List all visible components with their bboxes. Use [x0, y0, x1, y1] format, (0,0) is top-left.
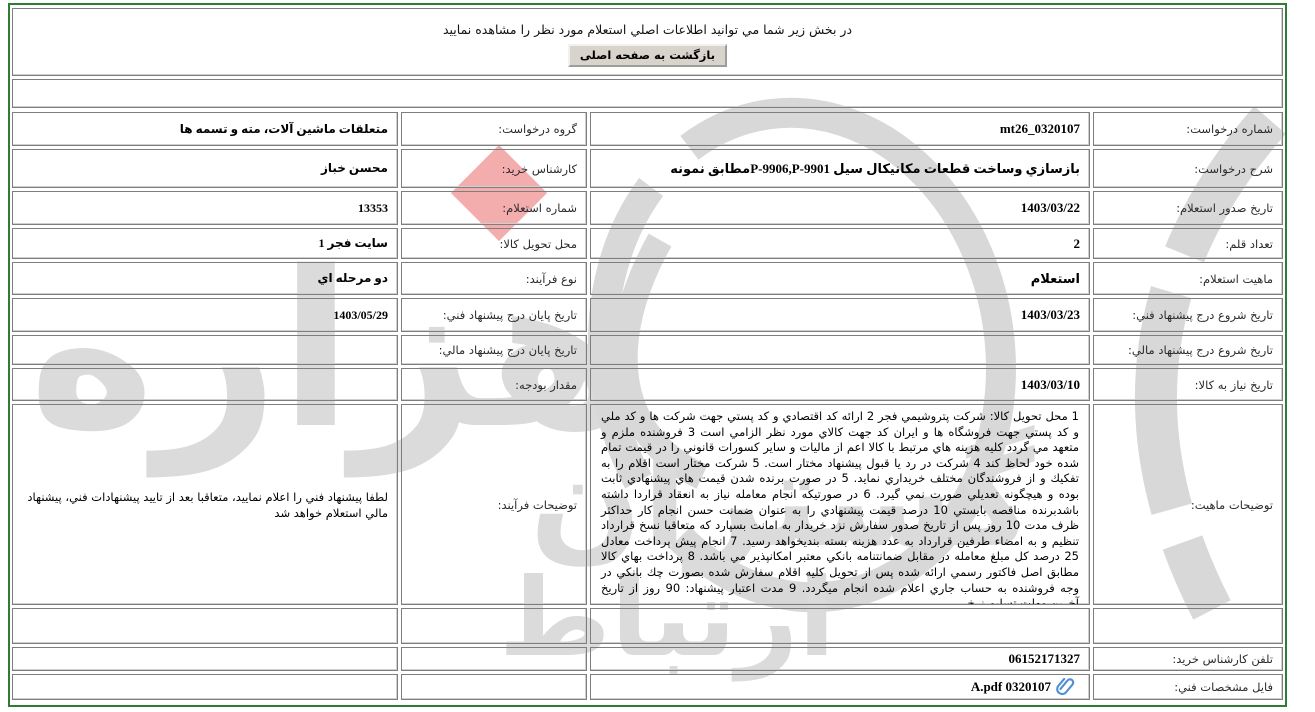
field-label-nature-notes: توضيحات ماهيت:: [1093, 404, 1283, 605]
field-value-item-count: 2: [590, 228, 1090, 259]
table-row: تاريخ نياز به كالا: 1403/03/10 مقدار بود…: [12, 368, 1283, 401]
tech-spec-file-link[interactable]: A.pdf 0320107: [590, 674, 1090, 700]
table-row: توضيحات ماهيت: 1 محل تحويل كالا: شركت پت…: [12, 404, 1283, 605]
empty-label-cell: [401, 647, 587, 671]
field-value-nature-notes: 1 محل تحويل كالا: شركت پتروشيمي فجر 2 ار…: [590, 404, 1090, 605]
inquiry-detail-page: هزاره گستران ارتباط در بخش زير شما مي تو…: [0, 0, 1315, 712]
table-row: شماره درخواست: mt26_0320107 گروه درخواست…: [12, 112, 1283, 146]
field-label-request-group: گروه درخواست:: [401, 112, 587, 146]
table-row: تلفن كارشناس خريد: 06152171327: [12, 647, 1283, 671]
field-value-inquiry-nature: استعلام: [590, 262, 1090, 295]
empty-strip: [12, 79, 1283, 108]
field-value-inquiry-issue-date: 1403/03/22: [590, 191, 1090, 225]
table-row: تعداد قلم: 2 محل تحويل كالا: سايت فجر 1: [12, 228, 1283, 259]
table-row: شرح درخواست: بازسازي وساخت قطعات مکانيکا…: [12, 149, 1283, 188]
empty-value-cell: [590, 608, 1090, 644]
field-value-fin-proposal-start: [590, 335, 1090, 365]
field-label-delivery-location: محل تحويل كالا:: [401, 228, 587, 259]
empty-value-cell: [12, 647, 398, 671]
field-label-fin-proposal-start: تاريخ شروع درج پيشنهاد مالي:: [1093, 335, 1283, 365]
field-value-request-number: mt26_0320107: [590, 112, 1090, 146]
field-value-request-group: متعلقات ماشين آلات، مته و تسمه ها: [12, 112, 398, 146]
field-label-request-description: شرح درخواست:: [1093, 149, 1283, 188]
field-label-inquiry-issue-date: تاريخ صدور استعلام:: [1093, 191, 1283, 225]
field-label-request-number: شماره درخواست:: [1093, 112, 1283, 146]
field-value-fin-proposal-end: [12, 335, 398, 365]
field-label-expert-phone: تلفن كارشناس خريد:: [1093, 647, 1283, 671]
paperclip-icon: [1056, 676, 1076, 698]
field-value-budget-amount: [12, 368, 398, 401]
table-row: تاريخ شروع درج پيشنهاد فني: 1403/03/23 ت…: [12, 298, 1283, 332]
field-label-process-notes: توضيحات فرآيند:: [401, 404, 587, 605]
field-label-tech-proposal-end: تاريخ پايان درج پيشنهاد فني:: [401, 298, 587, 332]
field-label-tech-proposal-start: تاريخ شروع درج پيشنهاد فني:: [1093, 298, 1283, 332]
field-value-purchase-expert: محسن خباز: [12, 149, 398, 188]
field-value-delivery-location: سايت فجر 1: [12, 228, 398, 259]
field-value-process-type: دو مرحله اي: [12, 262, 398, 295]
field-label-fin-proposal-end: تاريخ پايان درج پيشنهاد مالي:: [401, 335, 587, 365]
table-row: تاريخ شروع درج پيشنهاد مالي: تاريخ پايان…: [12, 335, 1283, 365]
process-note-text: لطفا پيشنهاد فني را اعلام نماييد، متعاقب…: [22, 489, 388, 521]
field-label-goods-need-date: تاريخ نياز به كالا:: [1093, 368, 1283, 401]
field-label-budget-amount: مقدار بودجه:: [401, 368, 587, 401]
table-row: فايل مشخصات فني: A.pdf 0320107: [12, 674, 1283, 700]
field-value-process-notes: لطفا پيشنهاد فني را اعلام نماييد، متعاقب…: [12, 404, 398, 605]
empty-label-cell: [401, 674, 587, 700]
intro-text: در بخش زير شما مي توانيد اطلاعات اصلي اس…: [13, 9, 1282, 37]
file-name-text: A.pdf 0320107: [971, 679, 1051, 695]
field-value-tech-proposal-end: 1403/05/29: [12, 298, 398, 332]
field-value-expert-phone: 06152171327: [590, 647, 1090, 671]
field-value-tech-proposal-start: 1403/03/23: [590, 298, 1090, 332]
field-value-request-description: بازسازي وساخت قطعات مکانيکال سيل P-9906,…: [590, 149, 1090, 188]
page-frame: هزاره گستران ارتباط در بخش زير شما مي تو…: [8, 3, 1287, 707]
field-label-inquiry-nature: ماهيت استعلام:: [1093, 262, 1283, 295]
field-value-inquiry-number: 13353: [12, 191, 398, 225]
empty-label-cell: [1093, 608, 1283, 644]
table-row: تاريخ صدور استعلام: 1403/03/22 شماره است…: [12, 191, 1283, 225]
field-label-item-count: تعداد قلم:: [1093, 228, 1283, 259]
field-label-process-type: نوع فرآيند:: [401, 262, 587, 295]
header-section: در بخش زير شما مي توانيد اطلاعات اصلي اس…: [12, 8, 1283, 76]
field-label-purchase-expert: كارشناس خريد:: [401, 149, 587, 188]
field-label-inquiry-number: شماره استعلام:: [401, 191, 587, 225]
field-label-tech-spec-file: فايل مشخصات فني:: [1093, 674, 1283, 700]
table-row: ماهيت استعلام: استعلام نوع فرآيند: دو مر…: [12, 262, 1283, 295]
table-row: [12, 608, 1283, 644]
empty-label-cell: [401, 608, 587, 644]
back-to-main-button[interactable]: بازگشت به صفحه اصلی: [568, 44, 727, 67]
empty-value-cell: [12, 608, 398, 644]
field-value-goods-need-date: 1403/03/10: [590, 368, 1090, 401]
empty-value-cell: [12, 674, 398, 700]
